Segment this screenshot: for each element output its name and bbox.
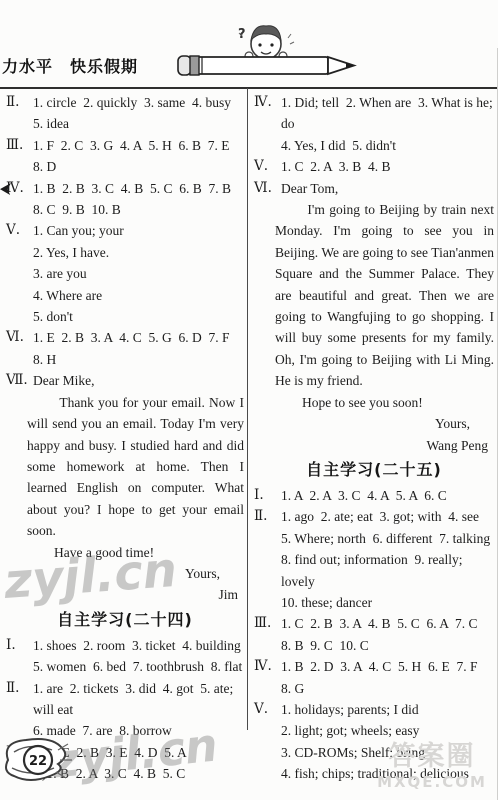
answer-line: 8. find out; information 9. really; love… xyxy=(254,549,494,592)
cartoon-boy-icon xyxy=(239,26,294,60)
answer-line: Ⅳ.1. B 2. D 3. A 4. C 5. H 6. E 7. F xyxy=(254,656,494,677)
letter-salutation: Ⅵ.Dear Tom, xyxy=(254,178,494,199)
answer-book-page: 力水平 快乐假期 ? xyxy=(0,0,498,800)
answer-line: Ⅳ.1. B 2. B 3. C 4. B 5. C 6. B 7. B xyxy=(6,178,244,199)
letter-body: I'm going to Beijing by train next Monda… xyxy=(275,199,494,392)
answer-line: Ⅴ.1. holidays; parents; I did xyxy=(254,699,494,720)
answer-line: Ⅲ.1. F 2. C 3. G 4. A 5. H 6. B 7. E xyxy=(6,135,244,156)
logo-text: 答案圈 xyxy=(372,742,492,772)
letter-signature-name: Jim xyxy=(6,584,244,605)
letter-closing-line: Hope to see you soon! xyxy=(302,392,494,413)
answer-line: 2. Yes, I have. xyxy=(6,242,244,263)
answer-line: 8. B 9. C 10. C xyxy=(254,635,494,656)
page-number: 22 xyxy=(29,754,47,769)
section-heading: 自主学习(二十五) xyxy=(254,457,494,483)
answer-line: 10. these; dancer xyxy=(254,592,494,613)
answer-line: Ⅱ.1. ago 2. ate; eat 3. got; with 4. see xyxy=(254,506,494,527)
letter-signature-yours: Yours, xyxy=(6,563,244,584)
answer-line: Ⅱ.1. circle 2. quickly 3. same 4. busy xyxy=(6,92,244,113)
letter-signature-yours: Yours, xyxy=(254,413,494,434)
question-mark: ? xyxy=(238,27,246,42)
answer-line: Ⅵ.1. E 2. B 3. A 4. C 5. G 6. D 7. F xyxy=(6,327,244,348)
answer-line: 8. H xyxy=(6,349,244,370)
answer-line: Ⅴ.1. C 2. A 3. B 4. B xyxy=(254,156,494,177)
section-heading: 自主学习(二十四) xyxy=(6,607,244,633)
answer-line: 3. are you xyxy=(6,263,244,284)
answer-line: Ⅱ.1. are 2. tickets 3. did 4. got 5. ate… xyxy=(6,678,244,721)
answer-line: 4. Yes, I did 5. didn't xyxy=(254,135,494,156)
answer-line: 8. G xyxy=(254,678,494,699)
column-divider-line xyxy=(247,88,248,730)
header-divider-line xyxy=(0,87,498,89)
section-numeral: Ⅱ. xyxy=(6,92,33,113)
right-column: Ⅳ.1. Did; tell 2. When are 3. What is he… xyxy=(254,92,494,785)
answer-line: 2. light; got; wheels; easy xyxy=(254,720,494,741)
letter-salutation: Ⅶ.Dear Mike, xyxy=(6,370,244,391)
letter-closing-line: Have a good time! xyxy=(54,542,244,563)
answer-line: 5. Where; north 6. different 7. talking xyxy=(254,528,494,549)
answer-line: Ⅳ.1. Did; tell 2. When are 3. What is he… xyxy=(254,92,494,135)
answer-line: Ⅰ.1. shoes 2. room 3. ticket 4. building xyxy=(6,635,244,656)
left-column: Ⅱ.1. circle 2. quickly 3. same 4. busy 5… xyxy=(6,92,244,785)
answer-line: 8. C 9. B 10. B xyxy=(6,199,244,220)
site-watermark: MXQE.COM xyxy=(372,772,492,792)
pencil-illustration: ? xyxy=(162,2,362,88)
snail-cartoon-icon: 22 xyxy=(0,730,130,796)
answer-logo-watermark: 答案圈 MXQE.COM xyxy=(372,742,492,792)
answer-line: Ⅰ.1. A 2. A 3. C 4. A 5. A 6. C xyxy=(254,485,494,506)
answer-line: Ⅲ.1. C 2. B 3. A 4. B 5. C 6. A 7. C xyxy=(254,613,494,634)
answer-line: 8. D xyxy=(6,156,244,177)
answer-line: 5. idea xyxy=(6,113,244,134)
answer-line: 4. Where are xyxy=(6,285,244,306)
answer-text: 1. circle 2. quickly 3. same 4. busy xyxy=(33,92,231,113)
answer-line: 5. women 6. bed 7. toothbrush 8. flat xyxy=(6,656,244,677)
answer-line: 5. don't xyxy=(6,306,244,327)
page-header-title: 力水平 快乐假期 xyxy=(2,54,138,77)
letter-body: Thank you for your email. Now I will sen… xyxy=(27,392,244,542)
answer-line: Ⅴ.1. Can you; your xyxy=(6,220,244,241)
pencil-icon xyxy=(178,56,354,75)
letter-signature-name: Wang Peng xyxy=(254,435,494,456)
